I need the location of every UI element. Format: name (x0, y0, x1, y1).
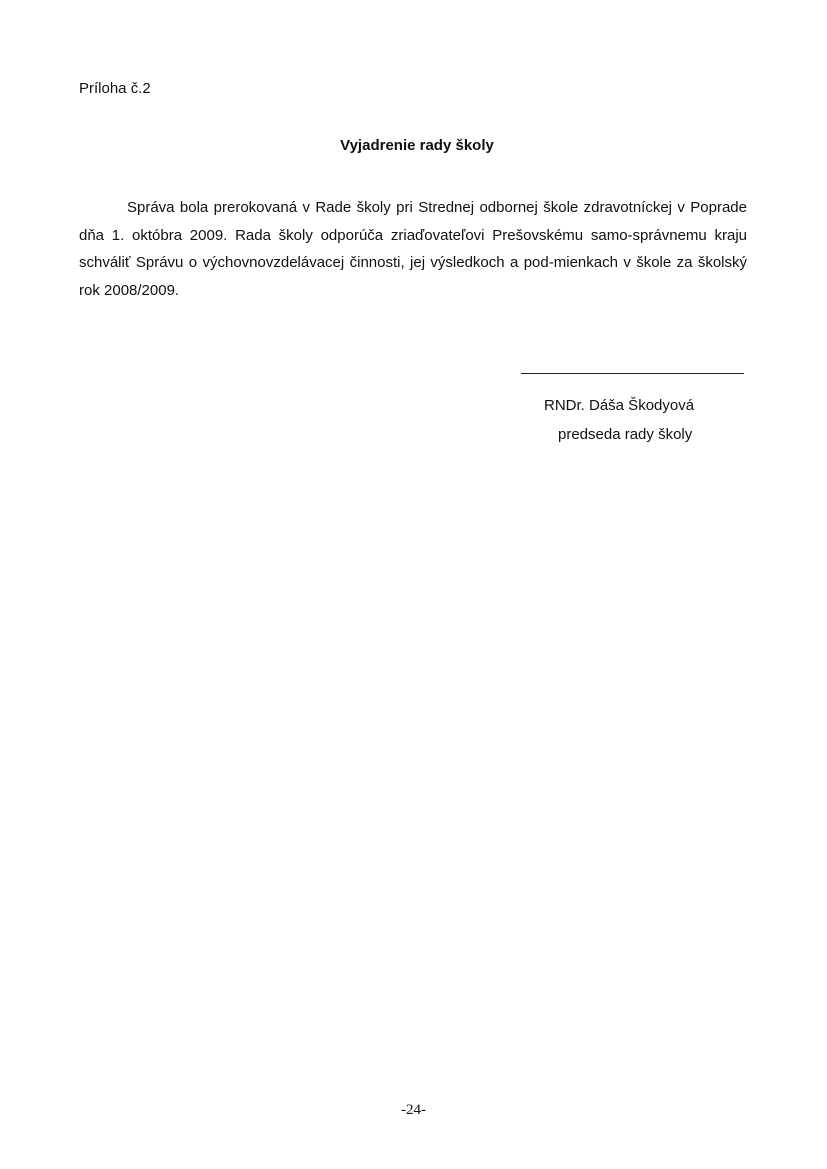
signature-line (521, 373, 744, 374)
body-paragraph: Správa bola prerokovaná v Rade školy pri… (79, 194, 747, 304)
document-title: Vyjadrenie rady školy (0, 137, 827, 154)
annex-label: Príloha č.2 (79, 80, 151, 97)
signatory-name: RNDr. Dáša Škodyová (544, 397, 694, 414)
page-number: -24- (0, 1102, 827, 1119)
signatory-role: predseda rady školy (558, 426, 692, 443)
document-title-text: Vyjadrenie rady školy (340, 137, 494, 154)
paragraph-text: Správa bola prerokovaná v Rade školy pri… (79, 199, 747, 299)
